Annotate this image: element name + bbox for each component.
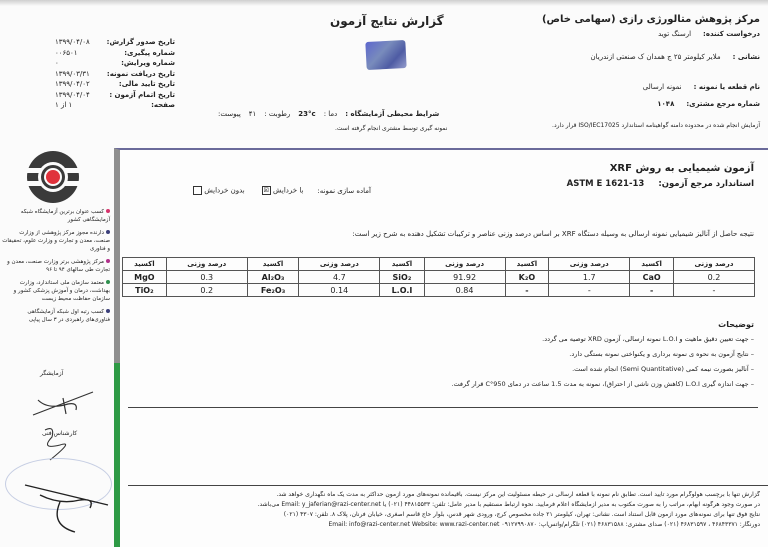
header-oxide: اکسید [123, 258, 167, 271]
xrf-results-table: درصد وزنی اکسید درصد وزنی اکسید درصد وزن… [122, 257, 755, 297]
cell-oxide: Al₂O₃ [247, 271, 298, 284]
customer-ref-value: ۱۰۴۸ [657, 100, 674, 108]
result-intro: نتیجه حاصل از آنالیز شیمیایی نمونه ارسال… [352, 230, 754, 238]
requester-label: درخواست کننده: [703, 30, 760, 38]
note-item: نتایج آزمون به نحوه ی نمونه برداری و یکن… [451, 350, 754, 365]
issue-date-label: تاریخ صدور گزارش: [107, 38, 175, 49]
sample-name-value: نمونه ارسالی [643, 83, 682, 91]
cell-oxide: L.O.I [380, 284, 424, 297]
cell-value: 0.3 [166, 271, 247, 284]
revision-label: شماره ویرایش: [121, 59, 175, 70]
cell-oxide: CaO [630, 271, 674, 284]
tracking-number-value: ۰۰۶۵۰۱ [55, 49, 78, 60]
financial-approval-value: ۱۳۹۹/۰۴/۰۲ [55, 80, 90, 91]
header-weight-percent: درصد وزنی [299, 258, 380, 271]
cell-value: 4.7 [299, 271, 380, 284]
sample-preparation: آماده سازی نمونه: با خردایش ☒ بدون خردای… [190, 186, 371, 195]
bullet-dot-icon [106, 259, 110, 263]
tracking-number-label: شماره پیگیری: [124, 49, 175, 60]
frame-green-stripe [114, 363, 120, 547]
address-value: ملایر کیلومتر ۲۵ ج همدان ک صنعتی ازندریا… [591, 53, 721, 61]
customer-ref-row: شماره مرجع مشتری: ۱۰۴۸ [657, 100, 760, 108]
cell-value: - [549, 284, 630, 297]
prep-label: آماده سازی نمونه: [317, 187, 371, 195]
received-date-label: تاریخ دریافت نمونه: [107, 70, 175, 81]
notes-title: توضیحات [718, 320, 754, 329]
cell-value: 1.7 [549, 271, 630, 284]
table-row: - - - - 0.84 L.O.I 0.14 Fe₂O₃ 0.2 TiO₂ [123, 284, 755, 297]
hologram-sticker [365, 40, 406, 70]
prep-option-uncrushed[interactable]: بدون خردایش [190, 186, 245, 195]
note-item: آنالیز بصورت نیمه کمی (Semi Quantitative… [451, 365, 754, 380]
revision-value: ۰ [55, 59, 59, 70]
table-header-row: درصد وزنی اکسید درصد وزنی اکسید درصد وزن… [123, 258, 755, 271]
cell-oxide: K₂O [505, 271, 549, 284]
lab-conditions-label: شرایط محیطی آزمایشگاه : [345, 110, 439, 118]
cell-oxide: TiO₂ [123, 284, 167, 297]
footer-line: نتایج فوق تنها برای نمونه‌های مورد آزمون… [130, 511, 760, 521]
footer-line: دورنگار: ۴۶۸۴۳۳۷۱ ، ۴۶۸۳۱۵۹۷ (۰۲۱) صدای … [130, 521, 760, 531]
financial-approval-label: تاریخ تایید مالی: [119, 80, 175, 91]
accreditation-item: کسب رتبه اول شبکه آزمایشگاهی فناوری‌های … [2, 308, 110, 324]
lab-conditions: شرایط محیطی آزمایشگاه : دما : 23°c رطوبت… [218, 110, 439, 118]
report-meta: تاریخ صدور گزارش:۱۳۹۹/۰۴/۰۸ شماره پیگیری… [55, 38, 175, 112]
checked-checkbox-icon[interactable]: ☒ [262, 186, 271, 195]
header-weight-percent: درصد وزنی [549, 258, 630, 271]
header-weight-percent: درصد وزنی [673, 258, 754, 271]
header-oxide: اکسید [247, 258, 298, 271]
company-logo-icon [18, 148, 88, 206]
address-label: نشانی : [733, 53, 760, 61]
table-row: 0.2 CaO 1.7 K₂O 91.92 SiO₂ 4.7 Al₂O₃ 0.3… [123, 271, 755, 284]
accreditation-note: آزمایش انجام شده در محدوده دامنه گواهینا… [552, 122, 760, 129]
cell-oxide: - [505, 284, 549, 297]
requester-value: ارسنگ توید [658, 30, 691, 38]
note-item: جهت اندازه گیری L.O.I (کاهش وزن ناشی از … [451, 380, 754, 395]
footer: گزارش تنها با برچسب هولوگرام مورد تایید … [130, 491, 760, 531]
standard-label: استاندارد مرجع آزمون: [658, 179, 754, 189]
tester-signature-icon [28, 380, 98, 420]
cell-oxide: Fe₂O₃ [247, 284, 298, 297]
report-title: گزارش نتایج آزمون [330, 14, 444, 28]
cell-oxide: MgO [123, 271, 167, 284]
test-end-date-value: ۱۳۹۹/۰۴/۰۴ [55, 91, 90, 102]
prep-option-crushed[interactable]: با خردایش ☒ [259, 186, 304, 195]
attachment-label: پیوست: [218, 110, 241, 118]
cell-value: 0.14 [299, 284, 380, 297]
accreditations-list: کسب عنوان برترین آزمایشگاه شبکه آزمایشگا… [2, 208, 110, 329]
standard-value: ASTM E 1621-13 [567, 179, 645, 189]
address-row: نشانی : ملایر کیلومتر ۲۵ ج همدان ک صنعتی… [591, 53, 761, 61]
humidity-label: رطوبت : [264, 110, 290, 118]
accreditation-item: معتمد سازمان ملی استاندارد، وزارت بهداشت… [2, 279, 110, 303]
bullet-dot-icon [106, 309, 110, 313]
page-value: ۱ از ۱ [55, 101, 72, 112]
received-date-value: ۱۳۹۹/۰۳/۳۱ [55, 70, 90, 81]
footer-line: در صورت وجود هرگونه ابهام، مراتب را به ص… [130, 501, 760, 511]
customer-ref-label: شماره مرجع مشتری: [686, 100, 760, 108]
test-title: آزمون شیمیایی به روش XRF [610, 163, 754, 174]
header-oxide: اکسید [630, 258, 674, 271]
cell-value: 0.2 [673, 271, 754, 284]
cell-value: 0.84 [424, 284, 505, 297]
accreditation-item: کسب عنوان برترین آزمایشگاه شبکه آزمایشگا… [2, 208, 110, 224]
note-item: جهت تعیین دقیق ماهیت و L.O.I نمونه ارسال… [451, 335, 754, 350]
header-oxide: اکسید [380, 258, 424, 271]
issue-date-value: ۱۳۹۹/۰۴/۰۸ [55, 38, 90, 49]
cell-oxide: - [630, 284, 674, 297]
bullet-dot-icon [106, 280, 110, 284]
humidity-value: ۴۱ [249, 110, 257, 118]
cell-value: 91.92 [424, 271, 505, 284]
divider [128, 407, 758, 408]
test-end-date-label: تاریخ اتمام آزمون : [109, 91, 175, 102]
temp-value: 23°c [298, 110, 315, 118]
footer-line: گزارش تنها با برچسب هولوگرام مورد تایید … [130, 491, 760, 501]
header-weight-percent: درصد وزنی [166, 258, 247, 271]
organization-name: مرکز پژوهش متالورژی رازی (سهامی خاص) [542, 14, 760, 25]
divider [128, 485, 768, 486]
unchecked-checkbox-icon[interactable] [193, 186, 202, 195]
scan-edge-shadow [0, 0, 768, 6]
page-label: صفحه: [151, 101, 175, 112]
accreditation-item: مرکز پژوهشی برتر وزارت صنعت، معدن و تجار… [2, 258, 110, 274]
cell-value: 0.2 [166, 284, 247, 297]
header-weight-percent: درصد وزنی [424, 258, 505, 271]
bullet-dot-icon [106, 230, 110, 234]
cell-value: - [673, 284, 754, 297]
temp-label: دما : [324, 110, 338, 118]
accreditation-item: دارنده مجوز مرکز پژوهشی از وزارت صنعت، م… [2, 229, 110, 253]
director-signature-icon [20, 480, 110, 535]
header-oxide: اکسید [505, 258, 549, 271]
test-standard: استاندارد مرجع آزمون: ASTM E 1621-13 [567, 179, 754, 189]
sampling-note: نمونه گیری توسط مشتری انجام گرفته است. [335, 125, 447, 132]
cell-oxide: SiO₂ [380, 271, 424, 284]
notes-list: جهت تعیین دقیق ماهیت و L.O.I نمونه ارسال… [451, 335, 754, 395]
tester-label: آزمایشگر [40, 370, 63, 377]
requester-row: درخواست کننده: ارسنگ توید [658, 30, 760, 38]
bullet-dot-icon [106, 209, 110, 213]
sample-name-row: نام قطعه یا نمونه : نمونه ارسالی [643, 83, 760, 91]
sample-name-label: نام قطعه یا نمونه : [694, 83, 760, 91]
